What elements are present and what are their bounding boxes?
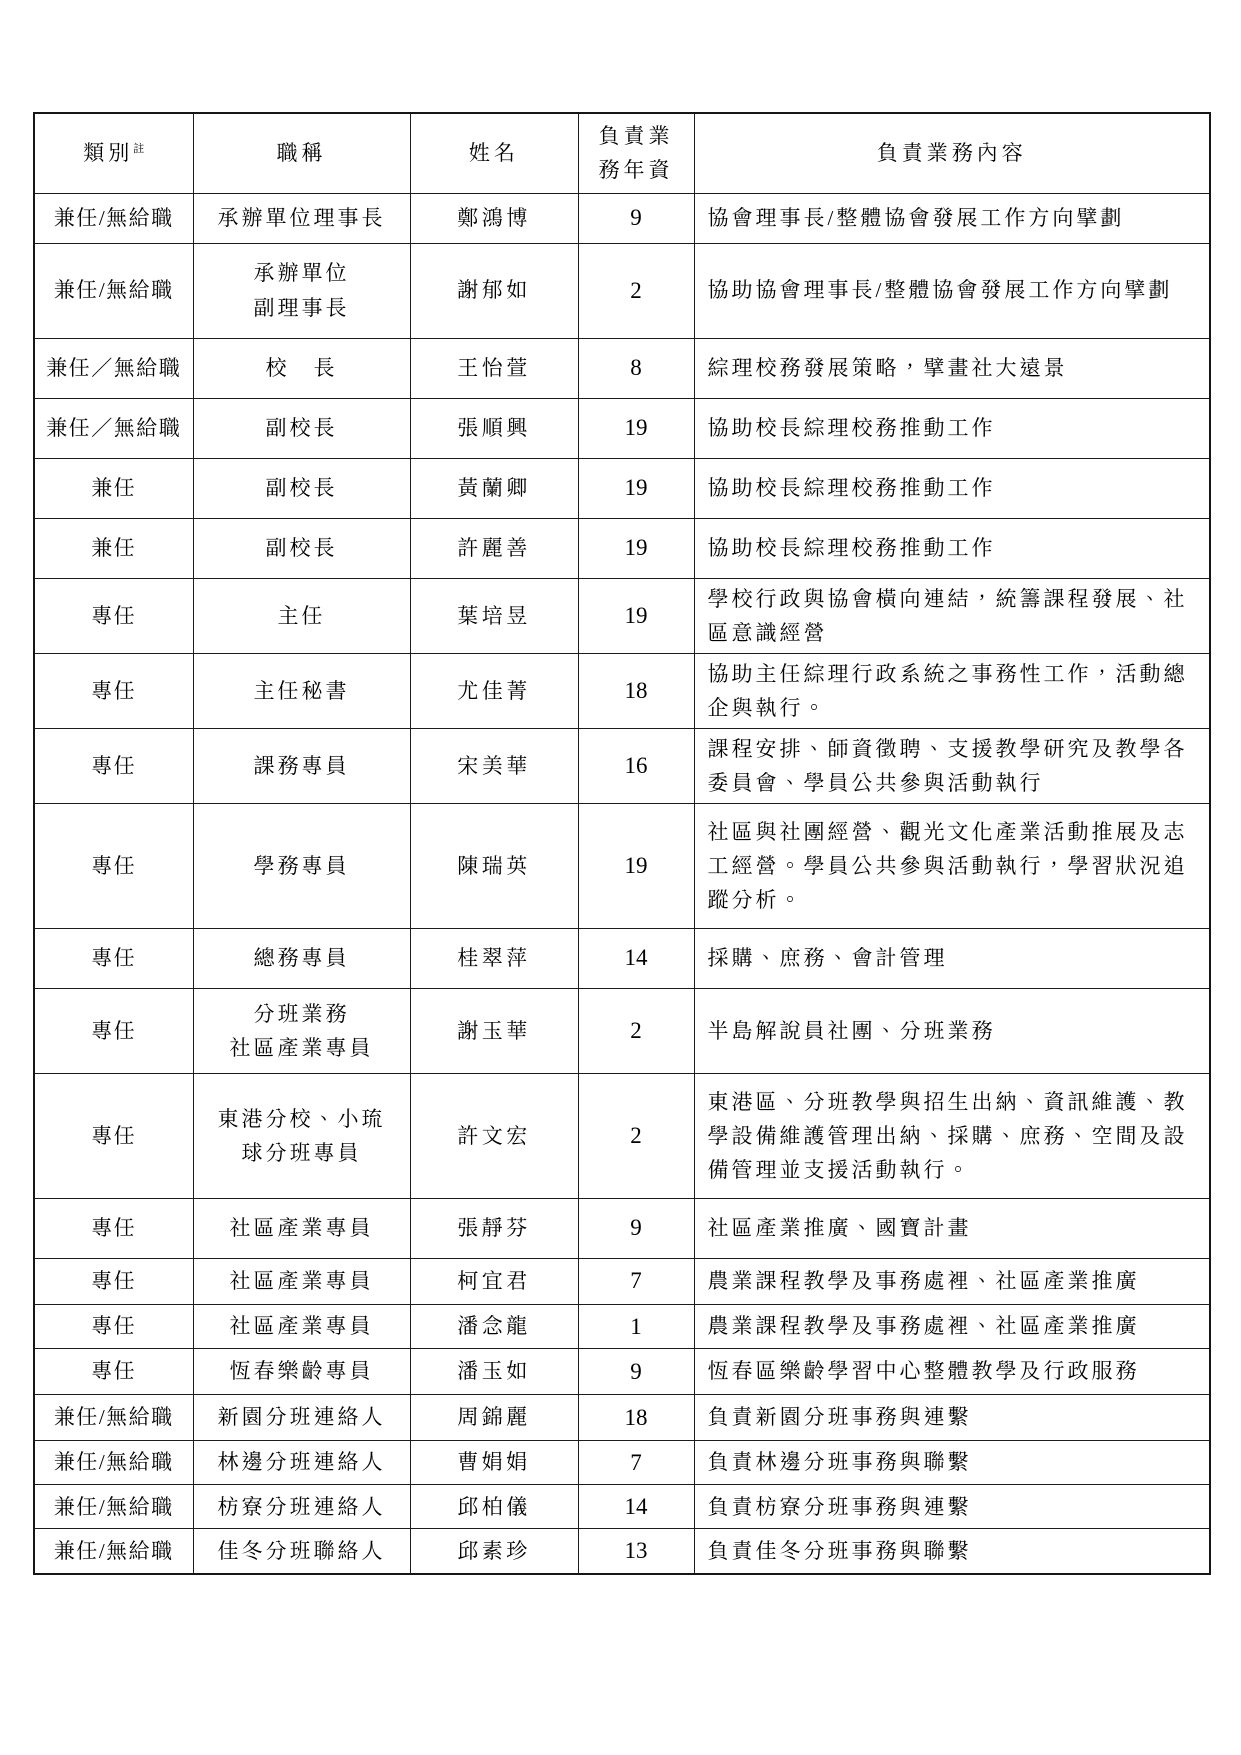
category-note-marker: 註	[133, 143, 144, 155]
cell-title: 社區產業專員	[193, 1304, 410, 1348]
cell-title: 枋寮分班連絡人	[193, 1485, 410, 1529]
cell-category: 專任	[34, 1073, 193, 1198]
cell-title: 林邊分班連絡人	[193, 1440, 410, 1484]
cell-duties: 東港區、分班教學與招生出納、資訊維護、教學設備維護管理出納、採購、庶務、空間及設…	[694, 1073, 1210, 1198]
cell-name: 周錦麗	[410, 1394, 578, 1440]
table-body: 兼任/無給職 承辦單位理事長 鄭鴻博 9 協會理事長/整體協會發展工作方向擘劃 …	[34, 193, 1210, 1574]
cell-duties: 負責新園分班事務與連繫	[694, 1394, 1210, 1440]
cell-name: 邱素珍	[410, 1529, 578, 1574]
cell-title: 承辦單位 副理事長	[193, 243, 410, 338]
cell-name: 潘念龍	[410, 1304, 578, 1348]
cell-title: 恆春樂齡專員	[193, 1348, 410, 1394]
cell-years: 1	[578, 1304, 694, 1348]
cell-duties: 採購、庶務、會計管理	[694, 928, 1210, 988]
cell-category: 專任	[34, 988, 193, 1073]
cell-name: 謝郁如	[410, 243, 578, 338]
cell-duties: 協助校長綜理校務推動工作	[694, 518, 1210, 578]
cell-name: 柯宜君	[410, 1258, 578, 1304]
cell-title: 承辦單位理事長	[193, 193, 410, 243]
cell-title: 課務專員	[193, 728, 410, 803]
col-header-name: 姓名	[410, 113, 578, 193]
table-header: 類別註 職稱 姓名 負責業 務年資 負責業務內容	[34, 113, 1210, 193]
table-row: 專任 主任秘書 尤佳菁 18 協助主任綜理行政系統之事務性工作，活動總企與執行。	[34, 653, 1210, 728]
cell-duties: 協助主任綜理行政系統之事務性工作，活動總企與執行。	[694, 653, 1210, 728]
cell-title: 主任	[193, 578, 410, 653]
cell-years: 2	[578, 1073, 694, 1198]
cell-name: 桂翠萍	[410, 928, 578, 988]
cell-duties: 恆春區樂齡學習中心整體教學及行政服務	[694, 1348, 1210, 1394]
cell-category: 兼任/無給職	[34, 193, 193, 243]
table-row: 兼任/無給職 枋寮分班連絡人 邱柏儀 14 負責枋寮分班事務與連繫	[34, 1485, 1210, 1529]
cell-duties: 社區與社團經營、觀光文化產業活動推展及志工經營。學員公共參與活動執行，學習狀況追…	[694, 803, 1210, 928]
cell-years: 16	[578, 728, 694, 803]
col-header-category: 類別註	[34, 113, 193, 193]
cell-category: 專任	[34, 578, 193, 653]
cell-name: 潘玉如	[410, 1348, 578, 1394]
cell-title: 東港分校、小琉 球分班專員	[193, 1073, 410, 1198]
cell-years: 19	[578, 578, 694, 653]
cell-title: 副校長	[193, 518, 410, 578]
cell-category: 專任	[34, 928, 193, 988]
document-page: 類別註 職稱 姓名 負責業 務年資 負責業務內容 兼任/無給職 承辦單位理事長 …	[0, 0, 1241, 1755]
cell-name: 宋美華	[410, 728, 578, 803]
cell-years: 9	[578, 1198, 694, 1258]
table-row: 兼任/無給職 林邊分班連絡人 曹娟娟 7 負責林邊分班事務與聯繫	[34, 1440, 1210, 1484]
table-row: 專任 課務專員 宋美華 16 課程安排、師資徵聘、支援教學研究及教學各委員會、學…	[34, 728, 1210, 803]
table-row: 專任 恆春樂齡專員 潘玉如 9 恆春區樂齡學習中心整體教學及行政服務	[34, 1348, 1210, 1394]
cell-duties: 負責枋寮分班事務與連繫	[694, 1485, 1210, 1529]
cell-name: 許文宏	[410, 1073, 578, 1198]
cell-name: 王怡萱	[410, 338, 578, 398]
cell-category: 兼任/無給職	[34, 243, 193, 338]
cell-title: 主任秘書	[193, 653, 410, 728]
col-header-duties: 負責業務內容	[694, 113, 1210, 193]
cell-title: 校 長	[193, 338, 410, 398]
cell-category: 專任	[34, 1304, 193, 1348]
cell-name: 陳瑞英	[410, 803, 578, 928]
cell-name: 許麗善	[410, 518, 578, 578]
cell-name: 尤佳菁	[410, 653, 578, 728]
cell-duties: 負責林邊分班事務與聯繫	[694, 1440, 1210, 1484]
cell-category: 專任	[34, 1258, 193, 1304]
table-row: 專任 主任 葉培昱 19 學校行政與協會橫向連結，統籌課程發展、社區意識經營	[34, 578, 1210, 653]
table-row: 專任 分班業務 社區產業專員 謝玉華 2 半島解說員社團、分班業務	[34, 988, 1210, 1073]
col-header-title: 職稱	[193, 113, 410, 193]
col-header-years: 負責業 務年資	[578, 113, 694, 193]
cell-name: 邱柏儀	[410, 1485, 578, 1529]
table-row: 專任 學務專員 陳瑞英 19 社區與社團經營、觀光文化產業活動推展及志工經營。學…	[34, 803, 1210, 928]
cell-title: 分班業務 社區產業專員	[193, 988, 410, 1073]
cell-category: 專任	[34, 803, 193, 928]
cell-years: 19	[578, 803, 694, 928]
cell-category: 兼任／無給職	[34, 398, 193, 458]
cell-category: 專任	[34, 653, 193, 728]
cell-duties: 農業課程教學及事務處裡、社區產業推廣	[694, 1258, 1210, 1304]
cell-years: 9	[578, 193, 694, 243]
cell-years: 2	[578, 988, 694, 1073]
cell-duties: 負責佳冬分班事務與聯繫	[694, 1529, 1210, 1574]
table-row: 專任 社區產業專員 潘念龍 1 農業課程教學及事務處裡、社區產業推廣	[34, 1304, 1210, 1348]
cell-category: 兼任/無給職	[34, 1485, 193, 1529]
cell-duties: 半島解說員社團、分班業務	[694, 988, 1210, 1073]
cell-category: 兼任／無給職	[34, 338, 193, 398]
cell-title: 社區產業專員	[193, 1258, 410, 1304]
cell-duties: 協助校長綜理校務推動工作	[694, 398, 1210, 458]
staff-table: 類別註 職稱 姓名 負責業 務年資 負責業務內容 兼任/無給職 承辦單位理事長 …	[33, 112, 1211, 1575]
cell-category: 兼任/無給職	[34, 1394, 193, 1440]
cell-years: 19	[578, 398, 694, 458]
cell-name: 張順興	[410, 398, 578, 458]
cell-years: 14	[578, 928, 694, 988]
cell-category: 專任	[34, 1348, 193, 1394]
cell-duties: 綜理校務發展策略，擘畫社大遠景	[694, 338, 1210, 398]
cell-duties: 協會理事長/整體協會發展工作方向擘劃	[694, 193, 1210, 243]
cell-years: 7	[578, 1258, 694, 1304]
table-row: 專任 社區產業專員 張靜芬 9 社區產業推廣、國寶計畫	[34, 1198, 1210, 1258]
table-row: 兼任/無給職 新園分班連絡人 周錦麗 18 負責新園分班事務與連繫	[34, 1394, 1210, 1440]
cell-years: 19	[578, 458, 694, 518]
cell-years: 14	[578, 1485, 694, 1529]
cell-duties: 農業課程教學及事務處裡、社區產業推廣	[694, 1304, 1210, 1348]
cell-name: 葉培昱	[410, 578, 578, 653]
col-header-category-label: 類別	[83, 141, 133, 165]
cell-name: 鄭鴻博	[410, 193, 578, 243]
cell-years: 2	[578, 243, 694, 338]
table-row: 兼任/無給職 承辦單位理事長 鄭鴻博 9 協會理事長/整體協會發展工作方向擘劃	[34, 193, 1210, 243]
table-row: 專任 東港分校、小琉 球分班專員 許文宏 2 東港區、分班教學與招生出納、資訊維…	[34, 1073, 1210, 1198]
cell-category: 兼任	[34, 458, 193, 518]
cell-title: 新園分班連絡人	[193, 1394, 410, 1440]
cell-title: 學務專員	[193, 803, 410, 928]
cell-category: 兼任/無給職	[34, 1529, 193, 1574]
cell-category: 專任	[34, 1198, 193, 1258]
cell-years: 19	[578, 518, 694, 578]
cell-title: 總務專員	[193, 928, 410, 988]
cell-duties: 社區產業推廣、國寶計畫	[694, 1198, 1210, 1258]
cell-category: 專任	[34, 728, 193, 803]
cell-years: 18	[578, 1394, 694, 1440]
table-row: 兼任 副校長 黃蘭卿 19 協助校長綜理校務推動工作	[34, 458, 1210, 518]
table-header-row: 類別註 職稱 姓名 負責業 務年資 負責業務內容	[34, 113, 1210, 193]
cell-duties: 學校行政與協會橫向連結，統籌課程發展、社區意識經營	[694, 578, 1210, 653]
cell-duties: 協助協會理事長/整體協會發展工作方向擘劃	[694, 243, 1210, 338]
cell-duties: 協助校長綜理校務推動工作	[694, 458, 1210, 518]
table-row: 兼任/無給職 佳冬分班聯絡人 邱素珍 13 負責佳冬分班事務與聯繫	[34, 1529, 1210, 1574]
cell-name: 曹娟娟	[410, 1440, 578, 1484]
cell-years: 13	[578, 1529, 694, 1574]
cell-name: 謝玉華	[410, 988, 578, 1073]
cell-category: 兼任	[34, 518, 193, 578]
cell-years: 18	[578, 653, 694, 728]
cell-name: 張靜芬	[410, 1198, 578, 1258]
cell-years: 8	[578, 338, 694, 398]
table-row: 專任 總務專員 桂翠萍 14 採購、庶務、會計管理	[34, 928, 1210, 988]
cell-category: 兼任/無給職	[34, 1440, 193, 1484]
cell-title: 佳冬分班聯絡人	[193, 1529, 410, 1574]
cell-duties: 課程安排、師資徵聘、支援教學研究及教學各委員會、學員公共參與活動執行	[694, 728, 1210, 803]
table-row: 兼任／無給職 副校長 張順興 19 協助校長綜理校務推動工作	[34, 398, 1210, 458]
cell-name: 黃蘭卿	[410, 458, 578, 518]
table-row: 兼任/無給職 承辦單位 副理事長 謝郁如 2 協助協會理事長/整體協會發展工作方…	[34, 243, 1210, 338]
cell-years: 9	[578, 1348, 694, 1394]
table-row: 兼任／無給職 校 長 王怡萱 8 綜理校務發展策略，擘畫社大遠景	[34, 338, 1210, 398]
cell-years: 7	[578, 1440, 694, 1484]
cell-title: 社區產業專員	[193, 1198, 410, 1258]
table-row: 兼任 副校長 許麗善 19 協助校長綜理校務推動工作	[34, 518, 1210, 578]
cell-title: 副校長	[193, 398, 410, 458]
cell-title: 副校長	[193, 458, 410, 518]
table-row: 專任 社區產業專員 柯宜君 7 農業課程教學及事務處裡、社區產業推廣	[34, 1258, 1210, 1304]
